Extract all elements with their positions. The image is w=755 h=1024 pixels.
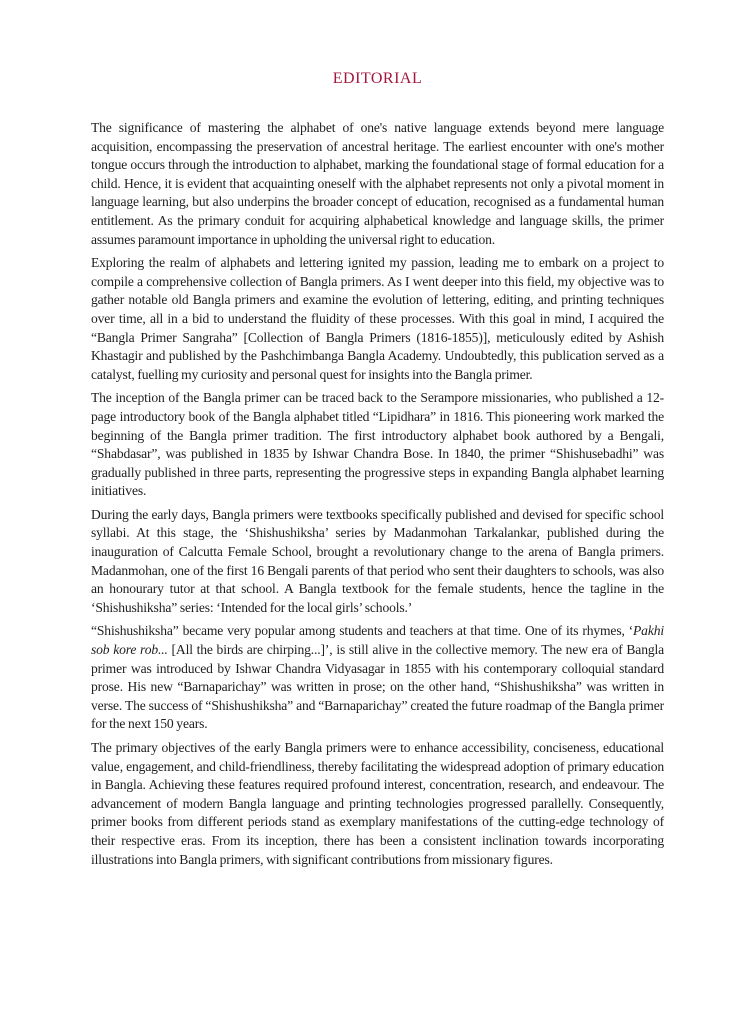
paragraph-2: Exploring the realm of alphabets and let… (91, 254, 664, 384)
paragraph-5: “Shishushiksha” became very popular amon… (91, 622, 664, 734)
paragraph-3: The inception of the Bangla primer can b… (91, 389, 664, 501)
editorial-body: The significance of mastering the alphab… (91, 119, 664, 874)
paragraph-5-rest: [All the birds are chirping...]’, is sti… (91, 642, 664, 731)
paragraph-5-intro: “Shishushiksha” became very popular amon… (91, 623, 633, 638)
paragraph-6: The primary objectives of the early Bang… (91, 739, 664, 869)
paragraph-1: The significance of mastering the alphab… (91, 119, 664, 249)
paragraph-4: During the early days, Bangla primers we… (91, 506, 664, 618)
editorial-page: EDITORIAL The significance of mastering … (0, 0, 755, 1024)
page-title: EDITORIAL (0, 70, 755, 88)
